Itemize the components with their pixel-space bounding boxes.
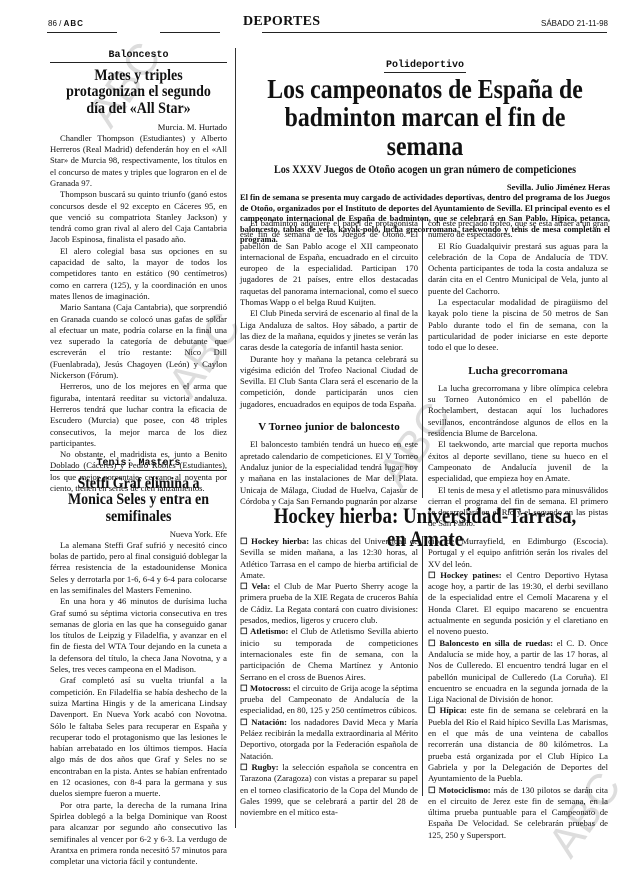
headline: Mates y triples protagonizan el segundo … [59, 68, 218, 117]
article-badminton: Polideportivo Los campeonatos de España … [240, 52, 610, 246]
column-divider [422, 536, 423, 796]
headline: Los campeonatos de España de badminton m… [262, 75, 588, 160]
section-title: DEPORTES [243, 14, 320, 30]
paper-name: ABC [64, 19, 84, 28]
header-rule-mid [160, 32, 220, 33]
byline: Murcia. M. Hurtado [50, 122, 227, 133]
article-body: La alemana Steffi Graf sufrió y necesitó… [50, 540, 227, 868]
column-divider [235, 48, 236, 828]
section-label: Baloncesto [50, 50, 227, 63]
headline: Steffi Graf elimina a Monica Seles y ent… [59, 476, 218, 525]
badminton-col2: con este preciado trofeo, que se esta at… [428, 218, 608, 530]
article-body: Chandler Thompson (Estudiantes) y Albert… [50, 133, 227, 495]
date: SÁBADO 21-11-98 [541, 19, 608, 28]
briefs-col2: dio de Murrayfield, en Edimburgo (Escoci… [428, 536, 608, 841]
subsection-title: Lucha grecorromana [428, 366, 608, 377]
header-rule-right [262, 32, 607, 33]
badminton-col1: El badminton adquiere el papel de protag… [240, 218, 418, 507]
page-number: 86 / ABC [48, 19, 84, 28]
article-allstar: Baloncesto Mates y triples protagonizan … [50, 50, 227, 494]
subheadline: Los XXXV Juegos de Otoño acogen un gran … [262, 164, 588, 176]
briefs-col1: ☐ Hockey hierba: las chicas del Universi… [240, 536, 418, 818]
byline: Nueva York. Efe [50, 529, 227, 540]
column-divider [422, 218, 423, 498]
section-label: Tenis: Masters [50, 458, 227, 471]
article-graf: Tenis: Masters Steffi Graf elimina a Mon… [50, 458, 227, 867]
section-label: Polideportivo [384, 60, 466, 73]
subsection-title: V Torneo junior de baloncesto [240, 422, 418, 433]
header-rule-left [47, 32, 117, 33]
byline: Sevilla. Julio Jiménez Heras [240, 182, 610, 193]
